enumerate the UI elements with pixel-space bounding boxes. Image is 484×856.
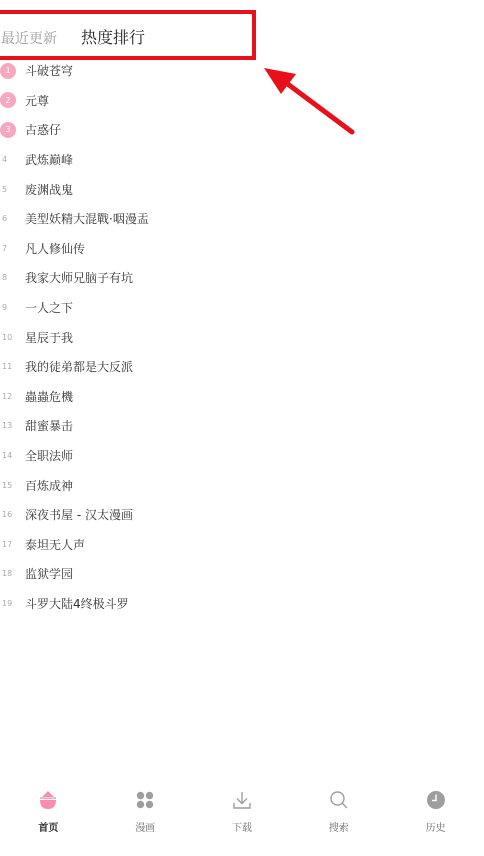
rank-badge: 1 [0,63,16,79]
list-item[interactable]: 18监狱学园 [0,559,484,589]
comic-title: 废渊战鬼 [25,181,73,198]
list-item[interactable]: 12蟲蟲危機 [0,382,484,412]
search-icon [329,790,349,810]
rank-number: 10 [2,329,12,345]
comic-title: 我家大师兄脑子有坑 [25,269,133,286]
comic-title: 凡人修仙传 [25,240,85,257]
download-icon [232,790,252,810]
comic-title: 斗破苍穹 [25,62,73,79]
comic-title: 星辰于我 [25,329,73,346]
comic-title: 监狱学园 [25,565,73,582]
comic-title: 武炼巅峰 [25,151,73,168]
list-item[interactable]: 1斗破苍穹 [0,56,484,86]
list-item[interactable]: 15百炼成神 [0,470,484,500]
comic-title: 一人之下 [25,299,73,316]
rank-number: 7 [2,240,7,256]
rank-number: 14 [2,448,12,464]
nav-comics[interactable]: 漫画 [97,784,194,844]
grid-icon [135,790,155,810]
comic-title: 蟲蟲危機 [25,388,73,405]
list-item[interactable]: 13甜蜜暴击 [0,411,484,441]
comic-title: 元尊 [25,92,49,109]
rank-number: 5 [2,181,7,197]
comic-title: 全职法师 [25,447,73,464]
comic-title: 古惑仔 [25,121,61,138]
nav-search[interactable]: 搜索 [290,784,387,844]
list-item[interactable]: 6美型妖精大混戰·咽漫盂 [0,204,484,234]
comic-title: 我的徒弟都是大反派 [25,358,133,375]
comic-title: 美型妖精大混戰·咽漫盂 [25,210,149,227]
list-item[interactable]: 5废渊战鬼 [0,174,484,204]
tab-hot-ranking[interactable]: 热度排行 [81,25,145,48]
rank-number: 15 [2,477,12,493]
list-item[interactable]: 19斗罗大陆4终极斗罗 [0,589,484,619]
list-item[interactable]: 2元尊 [0,86,484,116]
nav-label: 搜索 [329,819,349,834]
nav-label: 漫画 [135,819,155,834]
tab-bar: 最近更新 热度排行 [0,24,260,52]
nav-history[interactable]: 历史 [387,784,484,844]
nav-download[interactable]: 下载 [194,784,291,844]
nav-home[interactable]: 首页 [0,784,97,844]
list-item[interactable]: 9一人之下 [0,293,484,323]
comic-title: 百炼成神 [25,477,73,494]
list-item[interactable]: 17泰坦无人声 [0,530,484,560]
list-item[interactable]: 11我的徒弟都是大反派 [0,352,484,382]
nav-label: 历史 [426,819,446,834]
rank-number: 13 [2,418,12,434]
comic-title: 甜蜜暴击 [25,417,73,434]
rank-number: 11 [2,359,12,375]
rank-badge: 2 [0,92,16,108]
list-item[interactable]: 10星辰于我 [0,322,484,352]
rank-badge: 3 [0,122,16,138]
tab-recent-updates[interactable]: 最近更新 [1,28,57,48]
nav-label: 首页 [38,819,58,834]
rank-number: 16 [2,507,12,523]
rank-number: 12 [2,388,12,404]
rank-number: 17 [2,536,12,552]
rank-number: 19 [2,595,12,611]
list-item[interactable]: 16深夜书屋 - 汉太漫画 [0,500,484,530]
home-icon [38,790,58,810]
comic-title: 斗罗大陆4终极斗罗 [25,595,129,612]
ranking-list: 1斗破苍穹 2元尊 3古惑仔 4武炼巅峰 5废渊战鬼 6美型妖精大混戰·咽漫盂 … [0,56,484,618]
list-item[interactable]: 14全职法师 [0,441,484,471]
comic-title: 泰坦无人声 [25,536,85,553]
rank-number: 9 [2,300,7,316]
comic-title: 深夜书屋 - 汉太漫画 [25,506,133,523]
list-item[interactable]: 3古惑仔 [0,115,484,145]
rank-number: 4 [2,152,7,168]
list-item[interactable]: 7凡人修仙传 [0,234,484,264]
rank-number: 18 [2,566,12,582]
list-item[interactable]: 4武炼巅峰 [0,145,484,175]
rank-number: 6 [2,211,7,227]
list-item[interactable]: 8我家大师兄脑子有坑 [0,263,484,293]
bottom-navigation: 首页 漫画 下载 搜索 [0,784,484,844]
nav-label: 下载 [232,819,252,834]
history-icon [426,790,446,810]
rank-number: 8 [2,270,7,286]
